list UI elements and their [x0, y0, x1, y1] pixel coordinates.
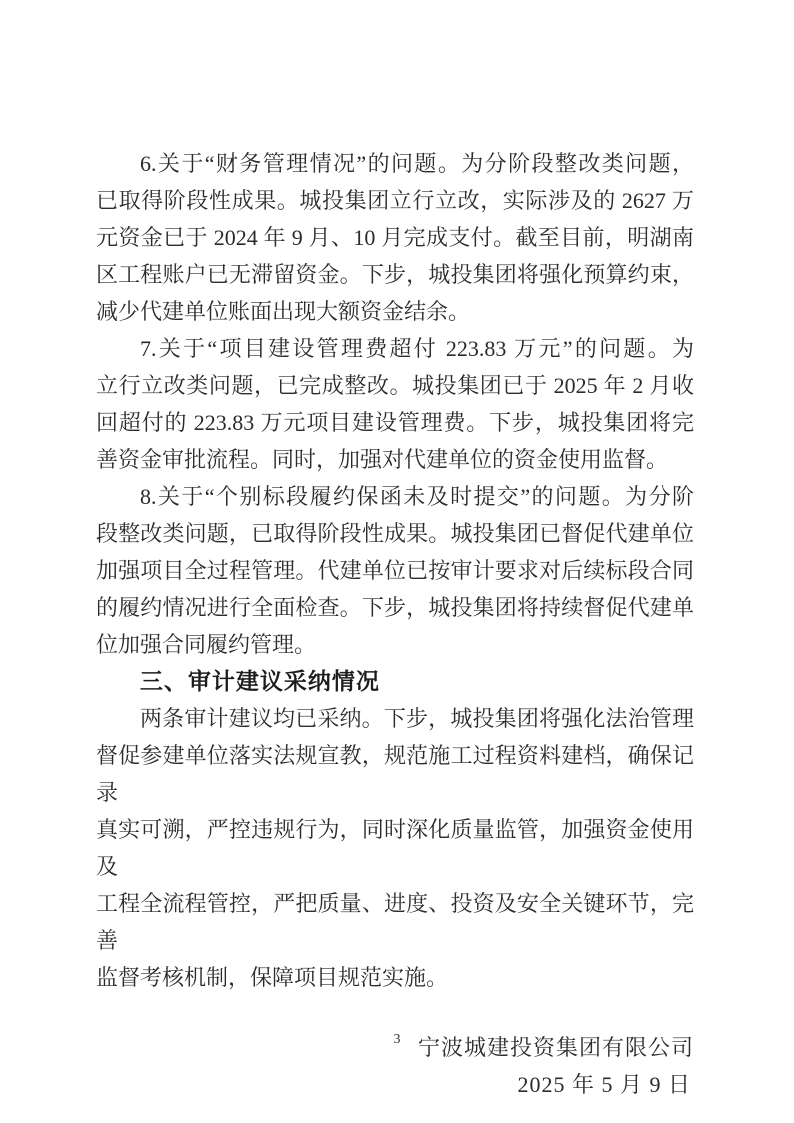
text-line: 督促参建单位落实法规宣教，规范施工过程资料建档，确保记录: [96, 737, 694, 811]
page-number: 3: [0, 1032, 794, 1048]
text-line: 工程全流程管控，严把质量、进度、投资及安全关键环节，完善: [96, 885, 694, 959]
paragraph-item-7: 7.关于“项目建设管理费超付 223.83 万元”的问题。为立行立改类问题，已完…: [96, 330, 694, 478]
paragraph-item-8: 8.关于“个别标段履约保函未及时提交”的问题。为分阶段整改类问题，已取得阶段性成…: [96, 478, 694, 663]
text-line: 两条审计建议均已采纳。下步，城投集团将强化法治管理: [96, 700, 694, 737]
text-line: 真实可溯，严控违规行为，同时深化质量监管，加强资金使用及: [96, 811, 694, 885]
text-line: 的履约情况进行全面检查。下步，城投集团将持续督促代建单: [96, 589, 694, 626]
text-line: 已取得阶段性成果。城投集团立行立改，实际涉及的 2627 万: [96, 182, 694, 219]
text-line: 段整改类问题，已取得阶段性成果。城投集团已督促代建单位: [96, 515, 694, 552]
paragraph-closing: 两条审计建议均已采纳。下步，城投集团将强化法治管理督促参建单位落实法规宣教，规范…: [96, 700, 694, 996]
text-line: 区工程账户已无滞留资金。下步，城投集团将强化预算约束，: [96, 256, 694, 293]
text-line: 位加强合同履约管理。: [96, 626, 694, 663]
text-line: 元资金已于 2024 年 9 月、10 月完成支付。截至目前，明湖南: [96, 219, 694, 256]
text-line: 立行立改类问题，已完成整改。城投集团已于 2025 年 2 月收: [96, 367, 694, 404]
document-body: 6.关于“财务管理情况”的问题。为分阶段整改类问题，已取得阶段性成果。城投集团立…: [96, 145, 694, 1103]
text-line: 6.关于“财务管理情况”的问题。为分阶段整改类问题，: [96, 145, 694, 182]
text-line: 善资金审批流程。同时，加强对代建单位的资金使用监督。: [96, 441, 694, 478]
text-line: 8.关于“个别标段履约保函未及时提交”的问题。为分阶: [96, 478, 694, 515]
text-line: 减少代建单位账面出现大额资金结余。: [96, 293, 694, 330]
text-line: 监督考核机制，保障项目规范实施。: [96, 959, 694, 996]
text-line: 加强项目全过程管理。代建单位已按审计要求对后续标段合同: [96, 552, 694, 589]
text-line: 7.关于“项目建设管理费超付 223.83 万元”的问题。为: [96, 330, 694, 367]
paragraph-item-6: 6.关于“财务管理情况”的问题。为分阶段整改类问题，已取得阶段性成果。城投集团立…: [96, 145, 694, 330]
document-page: 6.关于“财务管理情况”的问题。为分阶段整改类问题，已取得阶段性成果。城投集团立…: [0, 0, 794, 1123]
text-line: 回超付的 223.83 万元项目建设管理费。下步，城投集团将完: [96, 404, 694, 441]
signature-date: 2025 年 5 月 9 日: [96, 1066, 694, 1103]
section-heading-audit-suggestions: 三、审计建议采纳情况: [96, 663, 694, 700]
